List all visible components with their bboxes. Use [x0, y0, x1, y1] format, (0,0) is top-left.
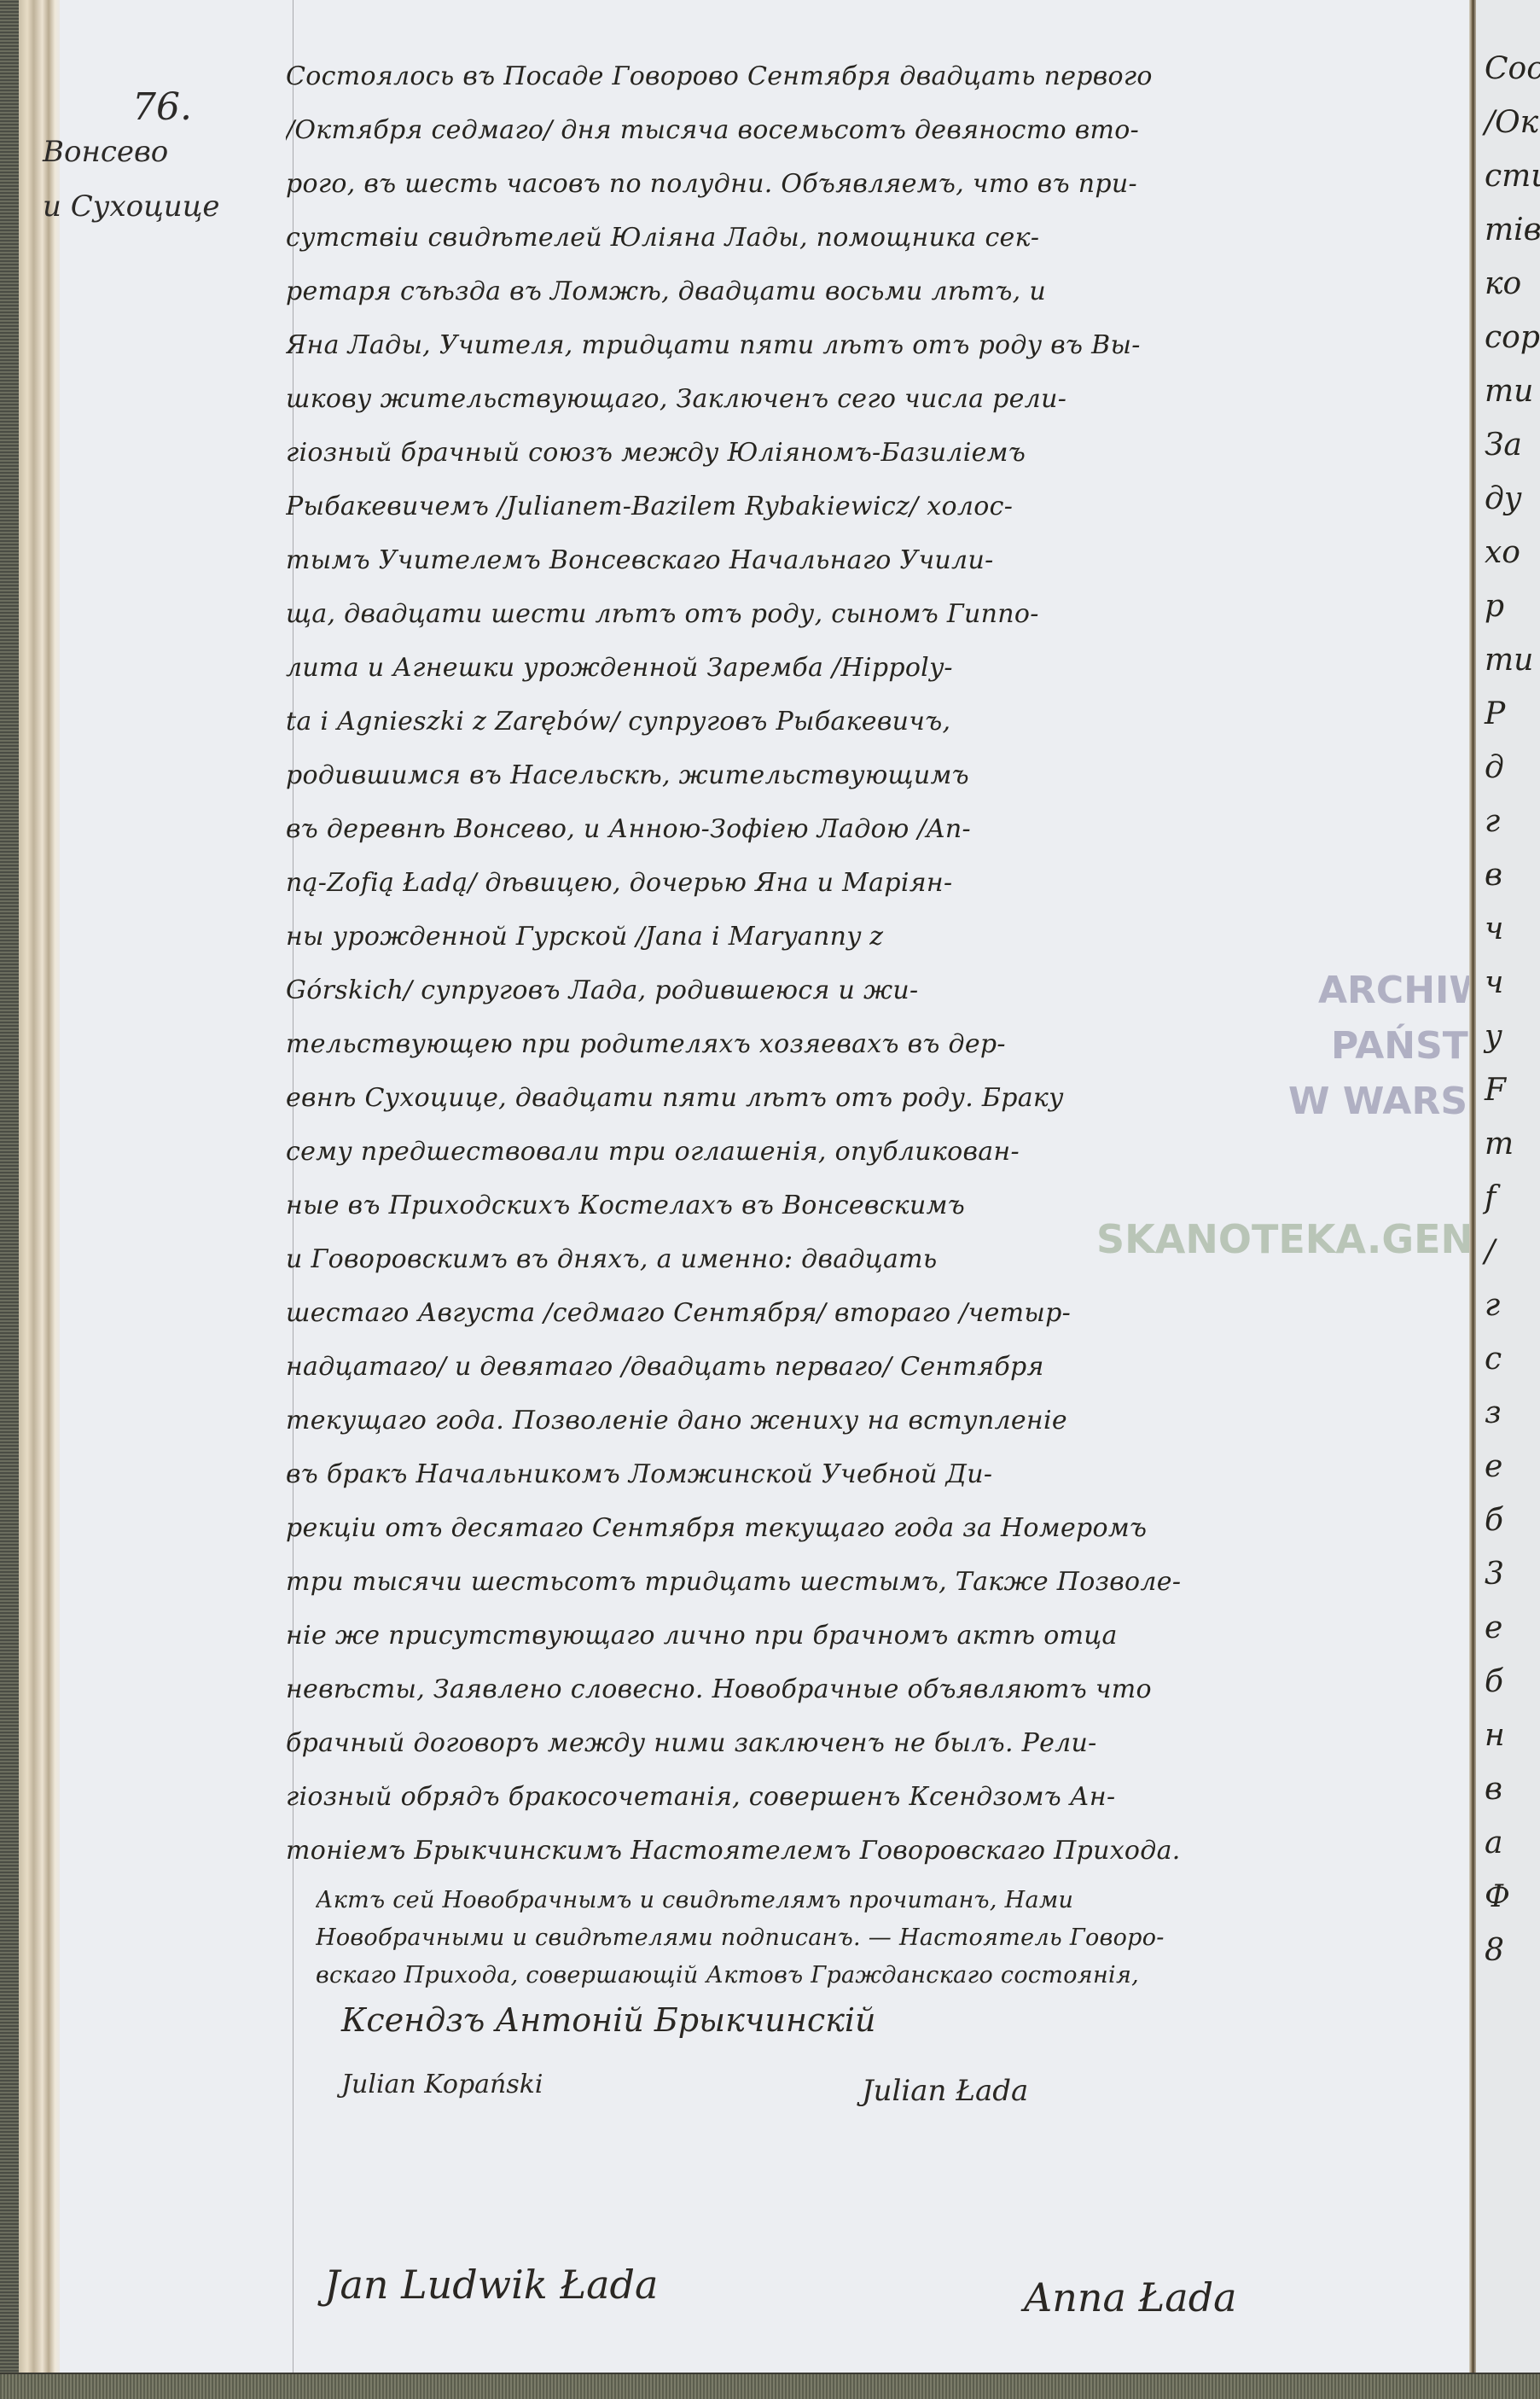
facing-page-fragment: в: [1485, 1772, 1502, 1807]
signature-witness-2: Julian Łada: [862, 2074, 1028, 2108]
record-line: Состоялось въ Посаде Говорово Сентября д…: [286, 49, 1476, 103]
record-line: шкову жительствующаго, Заключенъ сего чи…: [286, 372, 1476, 426]
closing-line: Новобрачными и свидѣтелями подписанъ. — …: [316, 1919, 1476, 1957]
record-line: лита и Агнешки урожденной Заремба /Hippo…: [286, 641, 1476, 695]
facing-page-fragment: у: [1485, 1019, 1502, 1054]
facing-page-fragment: е: [1485, 1610, 1502, 1645]
page-gutter: [1469, 0, 1476, 2381]
record-line: Рыбакевичемъ /Julianem-Bazilem Rybakiewi…: [286, 480, 1476, 533]
record-line: и Говоровскимъ въ дняхъ, а именно: двадц…: [286, 1232, 1476, 1286]
record-line: невѣсты, Заявлено словесно. Новобрачные …: [286, 1662, 1476, 1716]
facing-page-fragment: /Ок: [1485, 105, 1538, 140]
book-binding-bottom: [0, 2373, 1540, 2399]
facing-page-fragment: в: [1485, 858, 1502, 893]
facing-page-fragment: ти: [1485, 643, 1533, 678]
facing-page-fragment: Р: [1485, 696, 1505, 731]
book-binding-cloth: [0, 0, 19, 2399]
closing-line: вскаго Прихода, совершающій Актовъ Гражд…: [316, 1957, 1476, 1994]
facing-page-fragment: f: [1485, 1180, 1496, 1215]
entry-number: 76.: [132, 85, 192, 129]
page-edges: [19, 0, 61, 2374]
margin-village-2: и Сухоцице: [43, 189, 220, 224]
margin-village-1: Вонсево: [43, 135, 168, 169]
record-line: надцатаго/ и девятаго /двадцать перваго/…: [286, 1340, 1476, 1394]
record-line: въ деревнѣ Вонсево, и Анною-Зофіею Ладою…: [286, 802, 1476, 856]
record-line: ретаря съѣзда въ Ломжѣ, двадцати восьми …: [286, 265, 1476, 318]
facing-page-fragment: F: [1485, 1073, 1506, 1108]
facing-page-fragment: е: [1485, 1449, 1502, 1484]
record-line: ща, двадцати шести лѣтъ отъ роду, сыномъ…: [286, 587, 1476, 641]
facing-page-fragment: 8: [1485, 1933, 1504, 1968]
record-line: сему предшествовали три оглашенія, опубл…: [286, 1125, 1476, 1179]
record-line: Яна Лады, Учителя, тридцати пяти лѣтъ от…: [286, 318, 1476, 372]
facing-page-fragment: 3: [1485, 1557, 1504, 1592]
facing-page-fragment: За: [1485, 428, 1522, 463]
facing-page-fragment: д: [1485, 750, 1504, 785]
facing-page-fragment: /: [1485, 1234, 1495, 1269]
closing-line: Актъ сей Новобрачнымъ и свидѣтелямъ проч…: [316, 1882, 1476, 1919]
facing-page-fragment: хо: [1485, 535, 1520, 570]
record-line: рого, въ шесть часовъ по полудни. Объявл…: [286, 157, 1476, 211]
record-closing: Актъ сей Новобрачнымъ и свидѣтелямъ проч…: [316, 1882, 1476, 1994]
signature-groom: Jan Ludwik Łada: [324, 2262, 658, 2308]
facing-page-fragment: г: [1485, 1288, 1500, 1323]
record-line: ные въ Приходскихъ Костелахъ въ Вонсевск…: [286, 1179, 1476, 1232]
signature-witness-1: Julian Kopański: [341, 2070, 543, 2099]
record-line: ны урожденной Гурской /Jana i Maryanny z: [286, 910, 1476, 964]
record-line: шестаго Августа /седмаго Сентября/ втора…: [286, 1286, 1476, 1340]
facing-page-fragment: ду: [1485, 481, 1522, 516]
facing-page-fragment: ко: [1485, 266, 1521, 301]
facing-page-fragment: Сос: [1485, 51, 1540, 86]
record-body: Состоялось въ Посаде Говорово Сентября д…: [286, 49, 1476, 1878]
facing-page-fragment: з: [1485, 1395, 1502, 1430]
record-line: ніе же присутствующаго лично при брачном…: [286, 1609, 1476, 1662]
record-line: три тысячи шестьсотъ тридцать шестымъ, Т…: [286, 1555, 1476, 1609]
facing-page-fragment: т: [1485, 1127, 1514, 1162]
record-line: тельствующею при родителяхъ хозяевахъ въ…: [286, 1017, 1476, 1071]
facing-page-fragment: ти: [1485, 374, 1533, 409]
facing-page-fragment: Ф: [1485, 1879, 1510, 1914]
facing-page-fragment: г: [1485, 804, 1500, 839]
facing-page-fragment: р: [1485, 589, 1504, 624]
record-line: евнѣ Сухоцице, двадцати пяти лѣтъ отъ ро…: [286, 1071, 1476, 1125]
facing-page-fragment: а: [1485, 1825, 1502, 1860]
facing-page-fragment: сти: [1485, 159, 1540, 194]
record-line: рекціи отъ десятаго Сентября текущаго го…: [286, 1501, 1476, 1555]
facing-page-fragment: ч: [1485, 911, 1503, 946]
record-line: ta i Agnieszki z Zarębów/ супруговъ Рыба…: [286, 695, 1476, 748]
record-line: гіозный обрядъ бракосочетанія, совершенъ…: [286, 1770, 1476, 1824]
record-line: ną-Zofią Ładą/ дѣвицею, дочерью Яна и Ма…: [286, 856, 1476, 910]
record-line: въ бракъ Начальникомъ Ломжинской Учебной…: [286, 1447, 1476, 1501]
facing-page-fragment: с: [1485, 1342, 1502, 1377]
facing-page-fragment: б: [1485, 1503, 1503, 1538]
facing-page-fragment: тів: [1485, 213, 1540, 247]
signature-priest: Ксендзъ Антоній Брыкчинскій: [341, 2001, 876, 2039]
signature-bride: Anna Łada: [1024, 2274, 1237, 2320]
record-line: брачный договоръ между ними заключенъ не…: [286, 1716, 1476, 1770]
record-line: тоніемъ Брыкчинскимъ Настоятелемъ Говоро…: [286, 1824, 1476, 1878]
facing-page-fragment: б: [1485, 1664, 1503, 1699]
record-line: /Октября седмаго/ дня тысяча восемьсотъ …: [286, 103, 1476, 157]
record-line: текущаго года. Позволеніе дано жениху на…: [286, 1394, 1476, 1447]
facing-page-fragment: ч: [1485, 965, 1503, 1000]
record-line: Górskich/ супруговъ Лада, родившеюся и ж…: [286, 964, 1476, 1017]
facing-page-fragment: сор: [1485, 320, 1540, 355]
record-line: сутствіи свидѣтелей Юліяна Лады, помощни…: [286, 211, 1476, 265]
facing-page-fragment: н: [1485, 1718, 1505, 1753]
record-line: родившимся въ Насельскѣ, жительствующимъ: [286, 748, 1476, 802]
facing-page-edge: Сос/ОкститівкосортиЗадухортиРдгвччуFтf/г…: [1476, 0, 1540, 2377]
record-line: гіозный брачный союзъ между Юліяномъ-Баз…: [286, 426, 1476, 480]
record-line: тымъ Учителемъ Вонсевскаго Начальнаго Уч…: [286, 533, 1476, 587]
